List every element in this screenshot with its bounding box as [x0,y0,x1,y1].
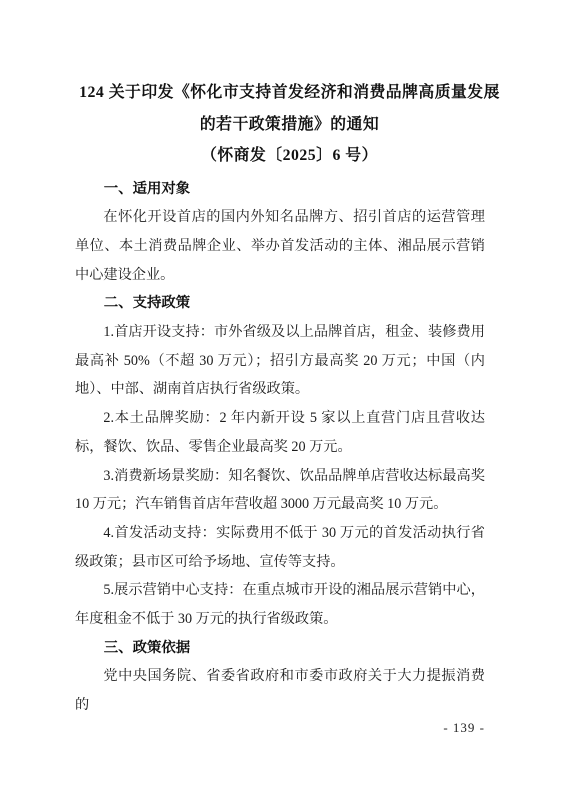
page-number: - 139 - [443,720,485,735]
section-heading-policy-basis: 三、政策依据 [75,634,485,663]
document-body: 一、适用对象 在怀化开设首店的国内外知名品牌方、招引首店的运营管理单位、本土消费… [0,175,561,720]
title-line-1: 124 关于印发《怀化市支持首发经济和消费品牌高质量发展 [18,77,561,109]
section-heading-applicable-targets: 一、适用对象 [75,175,485,204]
section-heading-support-policies: 二、支持政策 [75,289,485,318]
document-title: 124 关于印发《怀化市支持首发经济和消费品牌高质量发展 的若干政策措施》的通知… [0,0,561,172]
paragraph-policy-1: 1.首店开设支持：市外省级及以上品牌首店，租金、装修费用最高补 50%（不超 3… [75,318,485,404]
document-number: （怀商发〔2025〕6 号） [18,140,561,172]
paragraph-policy-5: 5.展示营销中心支持：在重点城市开设的湘品展示营销中心，年度租金不低于 30 万… [75,576,485,633]
page-footer: - 139 - [443,720,485,736]
paragraph-policy-4: 4.首发活动支持：实际费用不低于 30 万元的首发活动执行省级政策；县市区可给予… [75,519,485,576]
paragraph-policy-2: 2.本土品牌奖励：2 年内新开设 5 家以上直营门店且营收达标，餐饮、饮品、零售… [75,404,485,461]
title-line-2: 的若干政策措施》的通知 [18,109,561,141]
paragraph-policy-3: 3.消费新场景奖励：知名餐饮、饮品品牌单店营收达标最高奖 10 万元；汽车销售首… [75,462,485,519]
paragraph-policy-basis: 党中央国务院、省委省政府和市委市政府关于大力提振消费的 [75,662,485,719]
paragraph-applicable-targets: 在怀化开设首店的国内外知名品牌方、招引首店的运营管理单位、本土消费品牌企业、举办… [75,203,485,289]
document-page: 124 关于印发《怀化市支持首发经济和消费品牌高质量发展 的若干政策措施》的通知… [0,0,561,793]
